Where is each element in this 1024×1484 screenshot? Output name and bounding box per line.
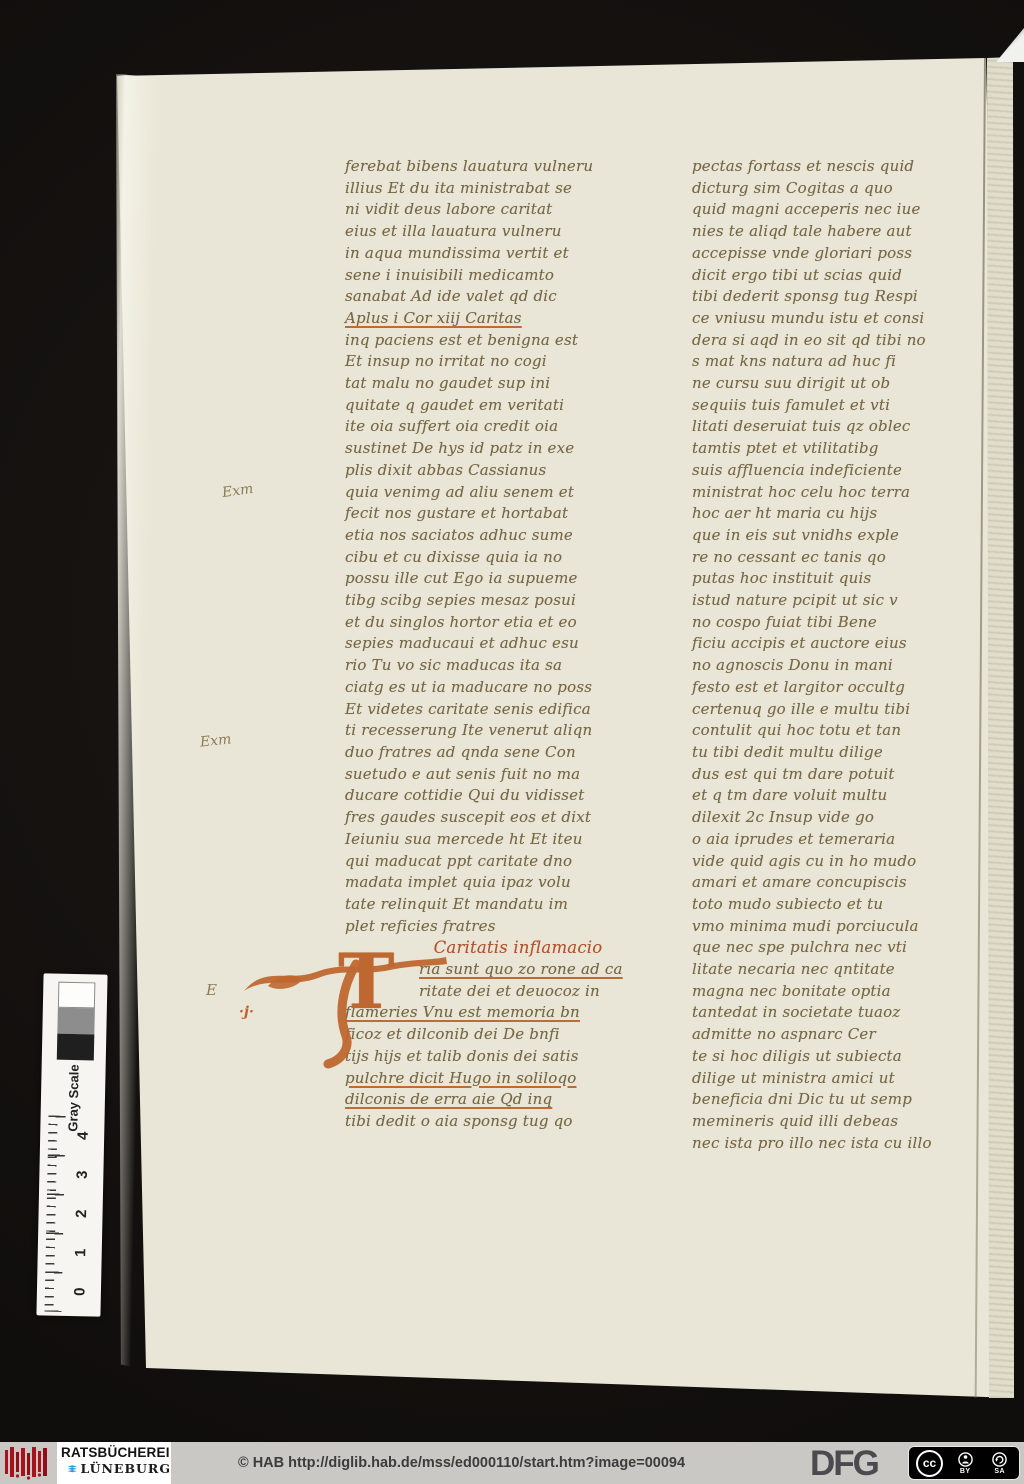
line-item: ferebat bibens lauatura vulneru xyxy=(345,156,663,178)
line-item: tamtis ptet et vtilitatibg xyxy=(692,438,992,460)
line-item: amari et amare concupiscis xyxy=(692,872,992,894)
copyright-url: © HAB http://diglib.hab.de/mss/ed000110/… xyxy=(238,1442,685,1484)
dfg-logo: DFG xyxy=(810,1444,878,1484)
line-item: ministrat hoc celu hoc terra xyxy=(692,482,992,504)
line-item: Aplus i Cor xiij Caritas xyxy=(345,308,663,330)
patch-white xyxy=(58,982,96,1009)
line-item: tantedat in societate tuaoz xyxy=(692,1002,992,1024)
line-item: suetudo e aut senis fuit no ma xyxy=(345,764,663,786)
library-logo: RATSBÜCHEREI LÜNEBURG xyxy=(57,1442,171,1484)
line-item: 4 xyxy=(63,1124,102,1147)
line-item: sustinet De hys id patz in exe xyxy=(345,438,663,460)
grayscale-card: Gray Scale 43210 xyxy=(36,973,107,1316)
margin-note-numeral: ·j· xyxy=(239,1004,254,1020)
line-item: pulchre dicit Hugo in soliloqo xyxy=(345,1068,663,1090)
cc-by-item: BY xyxy=(953,1452,978,1475)
line-item: que in eis sut vnidhs exple xyxy=(692,525,992,547)
line-item: beneficia dni Dic tu ut semp xyxy=(692,1089,992,1111)
line-item: hoc aer ht maria cu hijs xyxy=(692,503,992,525)
line-item: plis dixit abbas Cassianus xyxy=(345,460,663,482)
line-item: etia nos saciatos adhuc sume xyxy=(345,525,663,547)
library-name-line2: LÜNEBURG xyxy=(81,1461,172,1476)
line-item: 2 xyxy=(62,1202,101,1225)
patch-gray xyxy=(57,1008,95,1035)
line-item: dilexit 2c Insup vide go xyxy=(692,807,992,829)
line-item: possu ille cut Ego ia supueme xyxy=(345,568,663,590)
line-item: o aia iprudes et temeraria xyxy=(692,829,992,851)
line-item: 1 xyxy=(61,1241,100,1264)
line-item: 0 xyxy=(60,1280,99,1303)
text-column-left: ferebat bibens lauatura vulneruillius Et… xyxy=(345,156,663,1133)
cc-sa-label: SA xyxy=(994,1468,1005,1475)
line-item: et du singlos hortor etia et eo xyxy=(345,612,663,634)
line-item: istud nature pcipit ut sic v xyxy=(692,590,992,612)
line-item: dilconis de erra aie Qd inq xyxy=(345,1089,663,1111)
line-item: suis affluencia indeficiente xyxy=(692,460,992,482)
line-item: quid magni acceperis nec iue xyxy=(692,199,992,221)
line-item: ce vniusu mundu istu et consi xyxy=(692,308,992,330)
line-item: vmo minima mudi porciucula xyxy=(692,916,992,938)
line-item: inq paciens est et benigna est xyxy=(345,330,663,352)
margin-note-exemplum-2: Exm xyxy=(199,731,232,750)
line-item: sene i inuisibili medicamto xyxy=(345,265,663,287)
line-item: ite oia suffert oia credit oia xyxy=(345,416,663,438)
line-item: ti recesserung Ite venerut aliqn xyxy=(345,720,663,742)
line-item: rio Tu vo sic maducas ita sa xyxy=(345,655,663,677)
line-item: in aqua mundissima vertit et xyxy=(345,243,663,265)
line-item: putas hoc instituit quis xyxy=(692,568,992,590)
line-item: eius et illa lauatura vulneru xyxy=(345,221,663,243)
line-item: tu tibi dedit multu dilige xyxy=(692,742,992,764)
cc-sa-item: SA xyxy=(988,1452,1013,1475)
line-item: festo est et largitor occultg xyxy=(692,677,992,699)
cc-by-label: BY xyxy=(960,1468,971,1475)
line-item: quia venimg ad aliu senem et xyxy=(345,482,663,504)
line-item: tijs hijs et talib donis dei satis xyxy=(345,1046,663,1068)
line-item: quitate q gaudet em veritati xyxy=(345,395,663,417)
line-item: no agnoscis Donu in mani xyxy=(692,655,992,677)
line-item: dicit ergo tibi ut scias quid xyxy=(692,265,992,287)
line-item: qui maducat ppt caritate dno xyxy=(345,851,663,873)
line-item: certenuq go ille e multu tibi xyxy=(692,699,992,721)
line-item: magna nec bonitate optia xyxy=(692,981,992,1003)
library-name-line1: RATSBÜCHEREI xyxy=(61,1445,171,1460)
line-item: Caritatis inflamacio xyxy=(345,937,663,959)
line-item: litate necaria nec qntitate xyxy=(692,959,992,981)
line-item: fres gaudes suscepit eos et dixt xyxy=(345,807,663,829)
line-item: pectas fortass et nescis quid xyxy=(692,156,992,178)
line-item: Et videtes caritate senis edifica xyxy=(345,699,663,721)
line-item: tibi dederit sponsg tug Respi xyxy=(692,286,992,308)
line-item: te si hoc diligis ut subiecta xyxy=(692,1046,992,1068)
line-item: ficoz et dilconib dei De bnfi xyxy=(345,1024,663,1046)
line-item: re no cessant ec tanis qo xyxy=(692,547,992,569)
line-item: tibg scibg sepies mesaz posui xyxy=(345,590,663,612)
underlying-card-corner xyxy=(992,26,1024,62)
line-item: tibi dedit o aia sponsg tug qo xyxy=(345,1111,663,1133)
line-item: sanabat Ad ide valet qd dic xyxy=(345,286,663,308)
line-item: cibu et cu dixisse quia ia no xyxy=(345,547,663,569)
line-item: ficiu accipis et auctore eius xyxy=(692,633,992,655)
line-item: ne cursu suu dirigit ut ob xyxy=(692,373,992,395)
line-item: tate relinquit Et mandatu im xyxy=(345,894,663,916)
line-item: litati deseruiat tuis qz oblec xyxy=(692,416,992,438)
line-item: que nec spe pulchra nec vti xyxy=(692,937,992,959)
cc-license-badge: cc BY SA xyxy=(908,1446,1020,1480)
line-item: et q tm dare voluit multu xyxy=(692,785,992,807)
line-item: madata implet quia ipaz volu xyxy=(345,872,663,894)
line-item: duo fratres ad qnda sene Con xyxy=(345,742,663,764)
line-item: memineris quid illi debeas xyxy=(692,1111,992,1133)
line-item: admitte no aspnarc Cer xyxy=(692,1024,992,1046)
line-item: no cospo fuiat tibi Bene xyxy=(692,612,992,634)
line-item: 3 xyxy=(63,1163,102,1186)
ruler-numbers: 43210 xyxy=(69,1116,95,1311)
lueneburg-waves-icon xyxy=(67,1462,78,1475)
line-item: fecit nos gustare et hortabat xyxy=(345,503,663,525)
line-item: toto mudo subiecto et tu xyxy=(692,894,992,916)
line-item: flameries Vnu est memoria bn xyxy=(345,1002,663,1024)
line-item: contulit qui hoc totu et tan xyxy=(692,720,992,742)
line-item: ciatg es ut ia maducare no poss xyxy=(345,677,663,699)
line-item: dicturg sim Cogitas a quo xyxy=(692,178,992,200)
line-item: dus est qui tm dare potuit xyxy=(692,764,992,786)
line-item: vide quid agis cu in ho mudo xyxy=(692,851,992,873)
line-item: ducare cottidie Qui du vidisset xyxy=(345,785,663,807)
digitized-manuscript-photo: ferebat bibens lauatura vulneruillius Et… xyxy=(0,0,1024,1484)
line-item: tat malu no gaudet sup ini xyxy=(345,373,663,395)
line-item: ritate dei et deuocoz in xyxy=(345,981,663,1003)
line-item: plet reficies fratres xyxy=(345,916,663,938)
line-item: Et insup no irritat no cogi xyxy=(345,351,663,373)
line-item: dera si aqd in eo sit qd tibi no xyxy=(692,330,992,352)
line-item: s mat kns natura ad huc fi xyxy=(692,351,992,373)
footer-bar: RATSBÜCHEREI LÜNEBURG © HAB http://digli… xyxy=(0,1442,1024,1484)
ratsbuecherei-bars-icon xyxy=(4,1446,52,1480)
line-item: ria sunt quo zo rone ad ca xyxy=(345,959,663,981)
text-column-right: pectas fortass et nescis quiddicturg sim… xyxy=(692,156,992,1154)
line-item: nies te aliqd tale habere aut xyxy=(692,221,992,243)
line-item: illius Et du ita ministrabat se xyxy=(345,178,663,200)
cc-by-person-icon xyxy=(958,1452,973,1467)
line-item: accepisse vnde gloriari poss xyxy=(692,243,992,265)
line-item: nec ista pro illo nec ista cu illo xyxy=(692,1133,992,1155)
line-item: ni vidit deus labore caritat xyxy=(345,199,663,221)
line-item: dilige ut ministra amici ut xyxy=(692,1068,992,1090)
line-item: Ieiuniu sua mercede ht Et iteu xyxy=(345,829,663,851)
cc-sa-arrow-icon xyxy=(992,1452,1007,1467)
grayscale-ruler: 43210 xyxy=(37,1115,105,1312)
cc-icon: cc xyxy=(916,1450,943,1477)
margin-note-letter: E xyxy=(206,981,217,999)
line-item: sequiis tuis famulet et vti xyxy=(692,395,992,417)
line-item: sepies maducaui et adhuc esu xyxy=(345,633,663,655)
